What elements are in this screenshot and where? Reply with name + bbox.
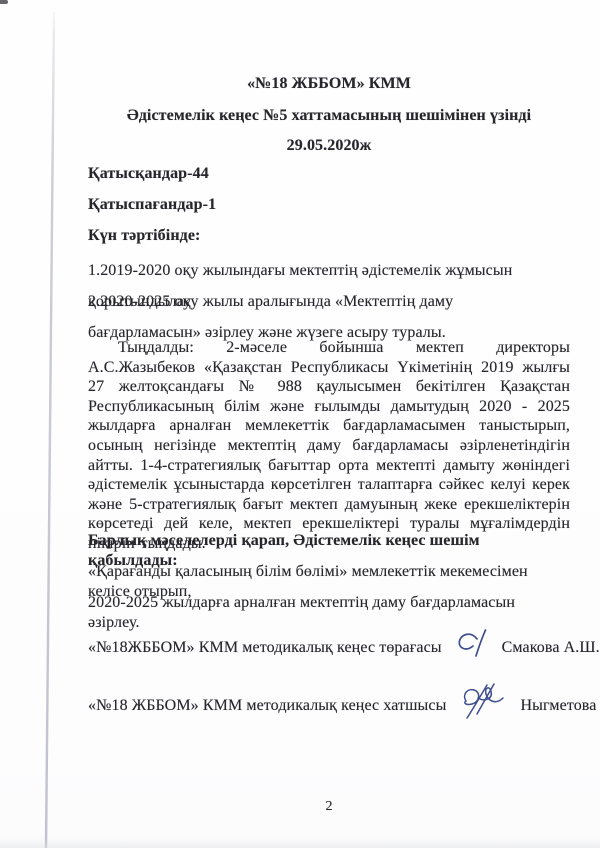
secretary-signature-icon <box>460 683 510 726</box>
page-number: 2 <box>88 797 570 817</box>
attendance-absent: Қатыспағандар-1 <box>88 195 570 215</box>
decision-text: 2020-2025 жылдарға арналған мектептің да… <box>88 593 570 633</box>
signature-role: «№18ЖББОМ» КММ методикалық кеңес төрағас… <box>88 639 442 657</box>
signature-row-chairman: «№18ЖББОМ» КММ методикалық кеңес төрағас… <box>88 628 588 668</box>
scanned-document-page: «№18 ЖББОМ» КММ Әдістемелік кеңес №5 хат… <box>0 0 600 848</box>
signature-role: «№18 ЖББОМ» КММ методикалық кеңес хатшыс… <box>88 697 446 715</box>
signature-name: Ныгметова Е.Н. <box>520 697 600 715</box>
document-org-title: «№18 ЖББОМ» КММ <box>88 74 570 94</box>
signature-row-secretary: «№18 ЖББОМ» КММ методикалық кеңес хатшыс… <box>88 686 588 726</box>
heard-paragraph: Тыңдалды: 2-мәселе бойынша мектеп директ… <box>88 338 570 554</box>
document-title: Әдістемелік кеңес №5 хаттамасының шешімі… <box>88 106 570 126</box>
document-date: 29.05.2020ж <box>88 136 570 156</box>
signature-name: Смакова А.Ш. <box>502 639 600 657</box>
scan-corner-smudge <box>0 0 8 4</box>
attendance-present: Қатысқандар-44 <box>88 164 570 184</box>
scan-bottom-shade <box>0 838 600 848</box>
chairman-signature-icon <box>456 629 492 664</box>
agenda-heading: Күн тәртібінде: <box>88 226 570 246</box>
